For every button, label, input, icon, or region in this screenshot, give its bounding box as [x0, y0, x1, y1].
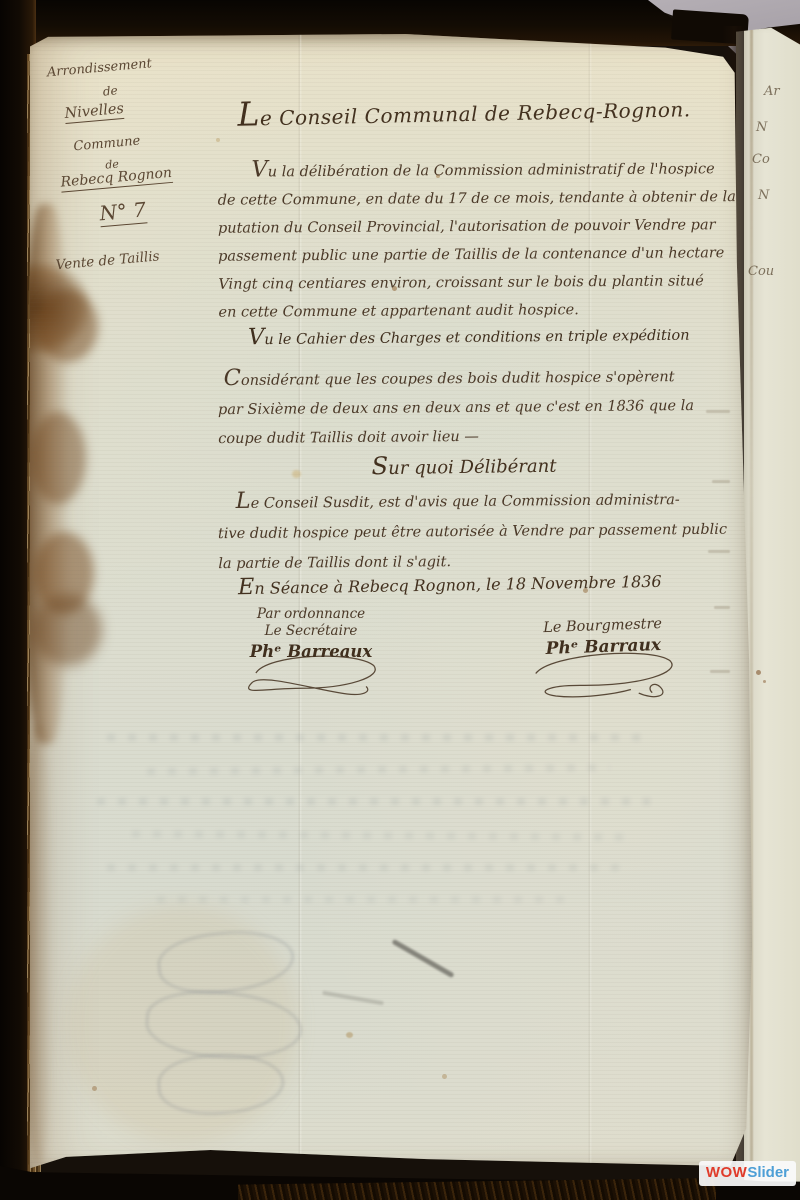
signature-name: Phᵉ Barreaux [226, 642, 396, 661]
margin-subject: Vente de Taillis [55, 248, 160, 273]
bleed-through [712, 480, 730, 483]
signature-burgomaster: Le Bourgmestre Phᵉ Barraux [497, 614, 708, 660]
bleed-through [140, 764, 610, 775]
bleed-through [90, 798, 650, 805]
foxing-spot [763, 680, 766, 683]
wowslider-watermark-link[interactable]: WOWSlider [699, 1161, 796, 1186]
signature-secretary: Par ordonnance Le Secrétaire Phᵉ Barreau… [226, 606, 396, 661]
signature-ordonnance-label: Par ordonnance [226, 606, 396, 622]
manuscript-line: putation du Conseil Provincial, l'autori… [218, 211, 710, 242]
foxing-spot [756, 670, 761, 675]
paragraph-vu-deliberation: Vu la délibération de la Commission admi… [217, 152, 710, 326]
manuscript-line: Le Conseil Susdit, est d'avis que la Com… [218, 482, 710, 519]
next-page-text-fragment: Ar [764, 84, 780, 99]
paragraph-considerant: Considérant que les coupes des bois dudi… [218, 360, 711, 454]
margin-nivelles: Nivelles [64, 101, 125, 124]
next-page-text-fragment: N [756, 120, 767, 135]
manuscript-line: passement public une partie de Taillis d… [218, 239, 710, 270]
manuscript-line: par Sixième de deux ans en deux ans et q… [218, 392, 710, 425]
act-title: Le Conseil Communal de Rebecq-Rognon. [218, 85, 711, 134]
manuscript-line: de cette Commune, en date du 17 de ce mo… [218, 183, 710, 214]
photo-of-manuscript: Ar N Co N Cou [0, 0, 800, 1200]
bleed-through-flourish [144, 987, 304, 1064]
heading-sur-quoi-deliberant: Sur quoi Délibérant [218, 447, 710, 483]
next-page-crease [750, 26, 753, 1184]
signature-secretaire-label: Le Secrétaire [226, 623, 396, 639]
bleed-through [100, 734, 640, 741]
bleed-through-flourish [157, 1051, 286, 1118]
stain-blob [32, 594, 102, 666]
next-page-text-fragment: Co [752, 152, 770, 167]
manuscript-line: tive dudit hospice peut être autorisée à… [218, 515, 710, 549]
bleed-through [708, 550, 730, 553]
stain-blob [36, 290, 98, 362]
margin-commune: Commune [73, 134, 141, 155]
bleed-through [150, 896, 570, 903]
margin-act-number: N° 7 [98, 197, 147, 227]
bleed-through [710, 670, 730, 673]
next-page-text-fragment: N [758, 188, 769, 203]
paragraph-vu-cahier: Vu le Cahier des Charges et conditions e… [218, 319, 710, 350]
stain-blob [30, 412, 86, 504]
margin-de: de [102, 83, 118, 98]
pen-smudge [391, 939, 454, 978]
margin-arrondissement: Arrondissement [46, 56, 152, 80]
age-toning [68, 904, 298, 1144]
foxing-spot [346, 1032, 353, 1038]
watermark-wow-text: WOW [706, 1163, 747, 1183]
foxing-spot [92, 1086, 97, 1091]
bleed-through [100, 864, 630, 871]
bleed-through [714, 606, 730, 609]
watermark-slider-text: Slider [747, 1163, 789, 1183]
manuscript-page: Arrondissement de Nivelles Commune de Re… [30, 34, 752, 1174]
stain-blob [34, 532, 94, 614]
pen-smudge [322, 991, 384, 1006]
foxing-spot [442, 1074, 447, 1079]
next-page-text-fragment: Cou [748, 264, 774, 279]
manuscript-line: Vingt cinq centiares environ, croissant … [218, 267, 710, 298]
paragraph-le-conseil: Le Conseil Susdit, est d'avis que la Com… [218, 482, 711, 579]
margin-rebecq-rognon: Rebecq Rognon [60, 165, 173, 193]
manuscript-line: Considérant que les coupes des bois dudi… [218, 360, 710, 396]
manuscript-line: Vu la délibération de la Commission admi… [217, 152, 709, 186]
bleed-through-flourish [155, 925, 297, 999]
margin-annotations: Arrondissement de Nivelles Commune de Re… [36, 45, 236, 300]
bleed-through [125, 830, 625, 840]
